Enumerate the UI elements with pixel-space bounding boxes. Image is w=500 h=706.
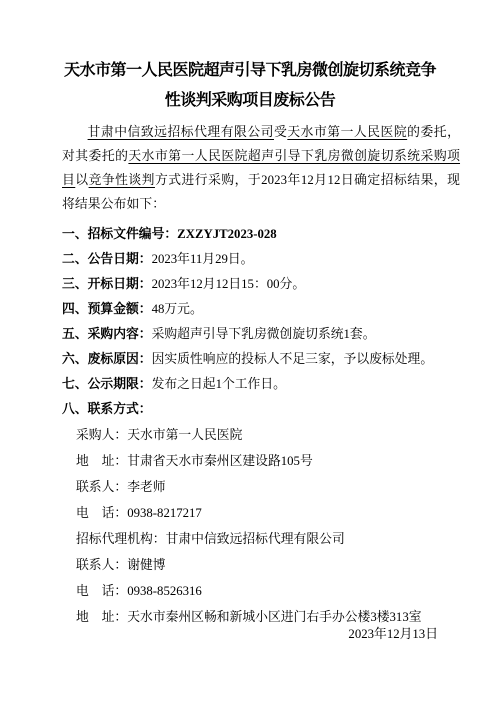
item-value: ZXZYJT2023-028 <box>177 227 277 241</box>
contact-section: 采购人：天水市第一人民医院 地 址：甘肃省天水市秦州区建设路105号 联系人：李… <box>62 422 460 630</box>
contact-line-agency: 招标代理机构：甘肃中信致远招标代理有限公司 <box>76 526 460 552</box>
contact-line-purchaser-phone: 电 话：0938-8217217 <box>76 500 460 526</box>
contact-label: 电 话： <box>76 506 127 520</box>
list-item-announce-date: 二、公告日期：2023年11月29日。 <box>62 247 460 272</box>
list-item-cancel-reason: 六、废标原因：因实质性响应的投标人不足三家，予以废标处理。 <box>62 347 460 372</box>
contact-value: 甘肃中信致远招标代理有限公司 <box>166 532 345 546</box>
list-item-contact-heading: 八、联系方式： <box>62 397 460 422</box>
contact-line-agency-person: 联系人：谢健博 <box>76 552 460 578</box>
page-title: 天水市第一人民医院超声引导下乳房微创旋切系统竞争性谈判采购项目废标公告 <box>0 0 500 116</box>
item-label: 六、废标原因： <box>62 352 152 366</box>
intro-segment-method: 竞争性谈判 <box>89 173 155 187</box>
contact-line-purchaser-person: 联系人：李老师 <box>76 474 460 500</box>
list-item-publicity-period: 七、公示期限：发布之日起1个工作日。 <box>62 372 460 397</box>
document-body: 甘肃中信致远招标代理有限公司受天水市第一人民医院的委托，对其委托的天水市第一人民… <box>0 120 500 646</box>
item-label: 三、开标日期： <box>62 277 152 291</box>
contact-value: 李老师 <box>127 480 165 494</box>
list-item-procurement-content: 五、采购内容：采购超声引导下乳房微创旋切系统1套。 <box>62 322 460 347</box>
contact-line-purchaser: 采购人：天水市第一人民医院 <box>76 422 460 448</box>
document-page: 天水市第一人民医院超声引导下乳房微创旋切系统竞争性谈判采购项目废标公告 甘肃中信… <box>0 0 500 706</box>
contact-label: 采购人： <box>76 428 127 442</box>
item-label: 四、预算金额： <box>62 302 152 316</box>
contact-value: 0938-8217217 <box>127 506 202 520</box>
list-item-budget: 四、预算金额：48万元。 <box>62 297 460 322</box>
item-label: 七、公示期限： <box>62 377 152 391</box>
intro-paragraph: 甘肃中信致远招标代理有限公司受天水市第一人民医院的委托，对其委托的天水市第一人民… <box>62 120 460 216</box>
item-value: 发布之日起1个工作日。 <box>152 377 286 391</box>
item-value: 采购超声引导下乳房微创旋切系统1套。 <box>152 327 376 341</box>
contact-label: 联系人： <box>76 558 127 572</box>
item-label: 一、招标文件编号： <box>62 227 177 241</box>
numbered-item-list: 一、招标文件编号：ZXZYJT2023-028 二、公告日期：2023年11月2… <box>62 222 460 422</box>
contact-label: 地 址： <box>76 610 127 624</box>
contact-value: 0938-8526316 <box>127 584 202 598</box>
item-value: 2023年11月29日。 <box>152 252 254 266</box>
contact-value: 谢健博 <box>127 558 165 572</box>
list-item-open-date: 三、开标日期：2023年12月12日15：00分。 <box>62 272 460 297</box>
title-line-1: 天水市第一人民医院超声引导下乳房微创旋切系统竞争 <box>0 56 500 86</box>
contact-line-purchaser-address: 地 址：甘肃省天水市秦州区建设路105号 <box>76 448 460 474</box>
contact-label: 地 址： <box>76 454 127 468</box>
intro-segment: 受 <box>274 125 287 139</box>
item-value: 48万元。 <box>152 302 203 316</box>
contact-line-agency-phone: 电 话：0938-8526316 <box>76 578 460 604</box>
item-label: 五、采购内容： <box>62 327 152 341</box>
list-item-doc-number: 一、招标文件编号：ZXZYJT2023-028 <box>62 222 460 247</box>
contact-label: 电 话： <box>76 584 127 598</box>
contact-label: 招标代理机构： <box>76 532 166 546</box>
item-label: 二、公告日期： <box>62 252 152 266</box>
item-label: 八、联系方式： <box>62 402 152 416</box>
contact-value: 甘肃省天水市秦州区建设路105号 <box>127 454 313 468</box>
item-value: 因实质性响应的投标人不足三家，予以废标处理。 <box>152 352 434 366</box>
intro-segment-agency: 甘肃中信致远招标代理有限公司 <box>88 125 274 139</box>
item-value: 2023年12月12日15：00分。 <box>152 277 306 291</box>
contact-label: 联系人： <box>76 480 127 494</box>
intro-segment-purchaser: 天水市第一人民医院 <box>287 125 407 139</box>
intro-segment: 以 <box>75 173 88 187</box>
contact-value: 天水市第一人民医院 <box>127 428 242 442</box>
title-line-2: 性谈判采购项目废标公告 <box>0 86 500 116</box>
